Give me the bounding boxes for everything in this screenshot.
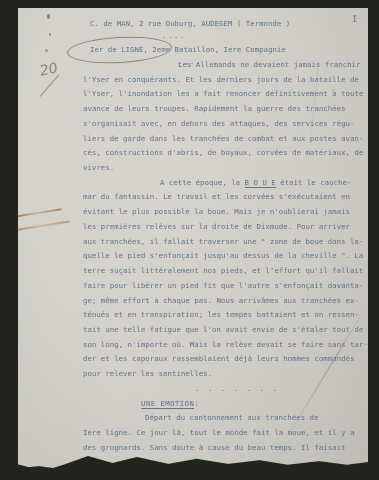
text-line: Les Allemands ne devaient jamais franchi… [83,58,375,73]
text-line: mar du fantassin. Le travail et les corv… [83,190,375,205]
text-segment: Départ du cantonnement aux tranchées de [145,413,319,422]
text-line: faire pour libérer un pied fit que l'aut… [83,279,375,294]
text-segment: A cette époque, la [160,178,245,187]
text-segment: pour relever les sentinelles. [83,369,212,378]
section-heading: UNE EMOTION: [83,397,375,412]
text-line: aux tranchées, il fallait traverser une … [83,235,375,250]
text-line: tait une telle fatigue que l'on avait en… [83,323,375,338]
text-line: pour relever les sentinelles. [83,367,375,382]
text-line: les premières relèves sur la droite de D… [83,220,375,235]
text-line: son long, n'importe où. Mais la relève d… [83,338,375,353]
text-line: évitant le plus possible la boue. Mais j… [83,205,375,220]
text-line: des grognards. Sans doute à cause du bea… [83,441,375,456]
text-segment: avance de leurs troupes. Rapidement la g… [83,104,346,113]
text-segment: ténués et en transpiration; les tempes b… [83,310,359,319]
underlined-text: B O U E [245,178,276,189]
text-segment: ge; même effort à chaque pas. Nous arriv… [83,296,359,305]
text-line: l'Yser, l'inondation les a fait renoncer… [83,87,375,102]
text-segment: son long, n'importe où. Mais la relève d… [83,340,368,349]
rust-scratch-mark [12,220,70,231]
text-segment: évitant le plus possible la boue. Mais j… [83,207,350,216]
stain-spot [49,33,51,36]
text-line: liers de garde dans les tranchées de com… [83,132,375,147]
text-line: ténués et en transpiration; les tempes b… [83,308,375,323]
dots-separator: . . . . . . . [83,382,375,397]
text-segment: quelle le pied s'enfonçait jusqu'au dess… [83,251,363,260]
text-segment: Les Allemands ne devaient jamais franchi… [178,60,360,69]
text-line: s'organisait avec, en dehors des attaque… [83,117,375,132]
document-page: I C. de MAN, 2 rue Ouburg, AUDEGEM ( Ter… [18,8,368,468]
text-segment: der et les caporaux rassemblaient déjà l… [83,354,354,363]
text-segment: . . . . . . . [195,384,279,393]
stain-spot [47,14,50,19]
text-line: quelle le pied s'enfonçait jusqu'au dess… [83,249,375,264]
text-segment: l'Yser, l'inondation les a fait renoncer… [83,89,363,98]
text-segment: liers de garde dans les tranchées de com… [83,134,363,143]
text-segment: aux tranchées, il fallait traverser une … [83,237,363,246]
text-segment: s'organisait avec, en dehors des attaque… [83,119,354,128]
text-line: Iere ligne. Ce jour là, tout le monde fa… [83,426,375,441]
text-segment: : [194,399,199,408]
text-line: vivres. [83,161,375,176]
photo-background: I C. de MAN, 2 rue Ouburg, AUDEGEM ( Ter… [0,0,379,480]
text-line: A cette époque, la B O U E était le cauc… [83,176,375,191]
stain-spot [45,49,48,52]
rust-scratch-mark [14,208,62,217]
text-segment: tait une telle fatigue que l'on avait en… [83,325,363,334]
text-segment: les premières relèves sur la droite de D… [83,222,350,231]
text-segment: mar du fantassin. Le travail et les corv… [83,192,350,201]
text-line: Départ du cantonnement aux tranchées de [83,411,375,426]
underlined-text: UNE EMOTION [141,399,194,410]
text-segment: vivres. [83,163,114,172]
text-line: ge; même effort à chaque pas. Nous arriv… [83,294,375,309]
page-number: I [352,15,358,25]
text-segment: faire pour libérer un pied fit que l'aut… [83,281,363,290]
text-segment: terre suçait littéralement nos pieds, et… [83,266,363,275]
text-segment: Iere ligne. Ce jour là, tout le monde fa… [83,428,354,437]
text-line: cés, constructions d'abris, de boyaux, c… [83,146,375,161]
body-text: Les Allemands ne devaient jamais franchi… [83,58,375,455]
text-line: l'Yser en conquérants. Et les derniers j… [83,73,375,88]
text-segment: était le cauche- [276,178,352,187]
text-line: terre suçait littéralement nos pieds, et… [83,264,375,279]
text-line: avance de leurs troupes. Rapidement la g… [83,102,375,117]
address-line: C. de MAN, 2 rue Ouburg, AUDEGEM ( Termo… [90,18,290,30]
text-segment: des grognards. Sans doute à cause du bea… [83,443,346,452]
text-segment: cés, constructions d'abris, de boyaux, c… [83,148,363,157]
